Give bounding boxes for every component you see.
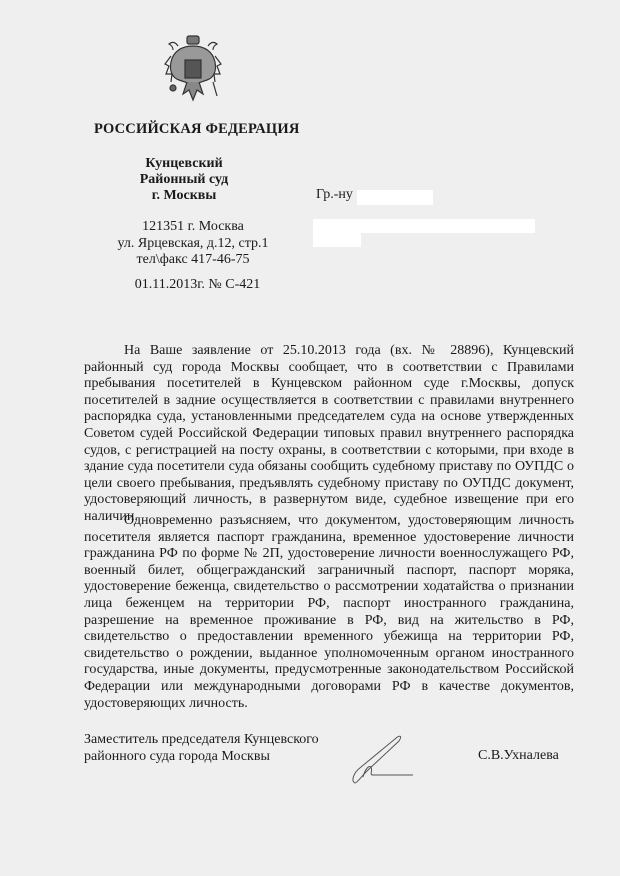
court-line: г. Москвы — [120, 188, 248, 204]
redacted-recipient-address — [313, 219, 535, 233]
signer-name: С.В.Ухналева — [478, 748, 559, 764]
body-paragraph-2: Одновременно разъясняем, что документом,… — [84, 513, 574, 712]
address-line: ул. Ярцевская, д.12, стр.1 — [108, 236, 278, 253]
coat-of-arms-icon — [163, 34, 223, 106]
recipient-salutation: Гр.-ну — [316, 187, 353, 203]
redacted-recipient-name — [357, 190, 433, 205]
address-line: 121351 г. Москва — [108, 219, 278, 236]
date-reference: 01.11.2013г. № С-421 — [110, 277, 285, 293]
court-address: 121351 г. Москва ул. Ярцевская, д.12, ст… — [108, 219, 278, 269]
address-line: тел\факс 417-46-75 — [108, 252, 278, 269]
court-name: Кунцевский Районный суд г. Москвы — [120, 156, 248, 204]
body-paragraph-1: На Ваше заявление от 25.10.2013 года (вх… — [84, 343, 574, 526]
redacted-recipient-address-line2 — [313, 233, 361, 247]
signer-title: Заместитель председателя Кунцевского рай… — [84, 732, 319, 765]
signer-title-line: Заместитель председателя Кунцевского — [84, 732, 319, 749]
court-line: Кунцевский — [120, 156, 248, 172]
court-line: Районный суд — [120, 172, 248, 188]
signer-title-line: районного суда города Москвы — [84, 749, 319, 766]
country-heading: РОССИЙСКАЯ ФЕДЕРАЦИЯ — [94, 121, 300, 138]
handwritten-signature-icon — [333, 731, 433, 786]
